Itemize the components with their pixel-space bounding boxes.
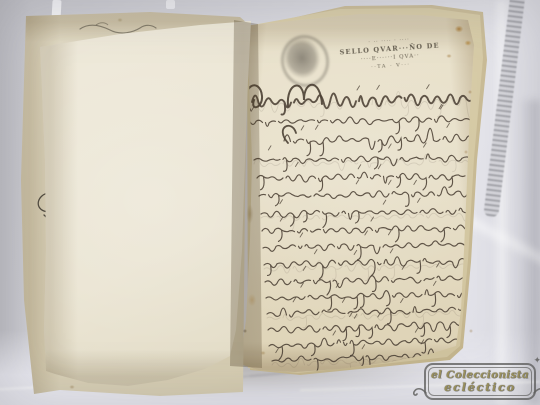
photo-vignette: [0, 0, 540, 405]
photo-scene: · ·· ···· · ···· SELLO QVAR···ÑO DE ····…: [0, 0, 540, 405]
